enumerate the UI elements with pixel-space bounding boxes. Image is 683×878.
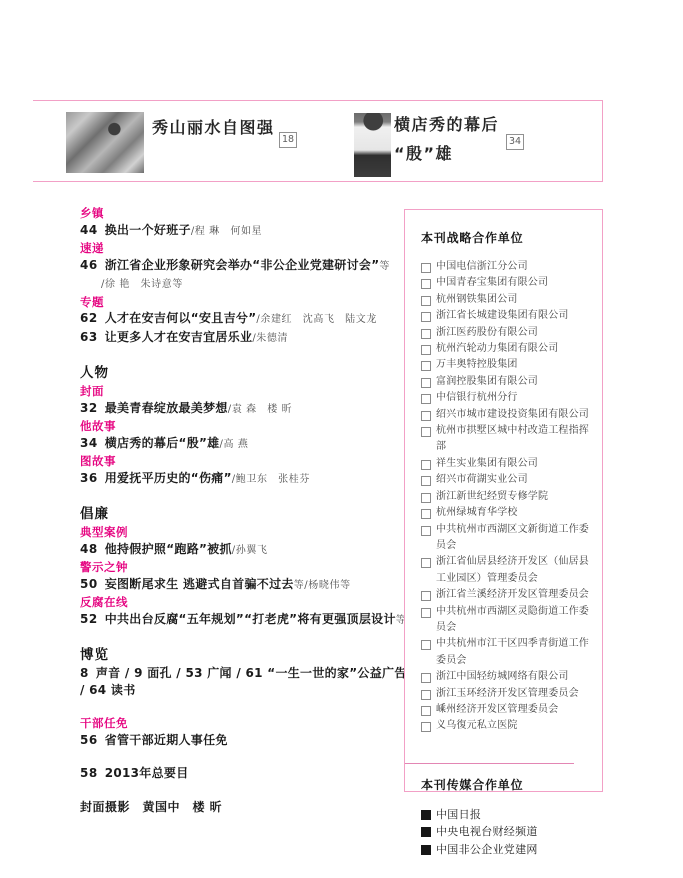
table-of-contents: 乡镇44换出一个好班子/程 琳 何如星速递46浙江省企业形象研究会举办“非公企业… [80, 205, 432, 815]
toc-subsection-heading: 乡镇 [80, 205, 432, 222]
checkbox-icon [421, 673, 431, 683]
partner-name: 浙江省长城建设集团有限公司 [436, 308, 569, 324]
toc-entry: 44换出一个好班子/程 琳 何如星 [80, 222, 432, 241]
partner-name: 浙江玉环经济开发区管理委员会 [436, 686, 579, 702]
entry-author: /袁 森 楼 昕 [228, 404, 293, 415]
magazine-contents-page: 秀山丽水自图强 18 横店秀的幕后 “殷”雄 34 乡镇44换出一个好班子/程 … [0, 0, 683, 878]
partner-name: 中共杭州市江干区四季青街道工作委员会 [436, 636, 594, 669]
partner-name: 中国青春宝集团有限公司 [436, 275, 548, 291]
list-item: 浙江省兰溪经济开发区管理委员会 [421, 587, 594, 603]
toc-subsection-heading: 封面 [80, 383, 432, 400]
list-item: 中共杭州市西湖区文新街道工作委员会 [421, 522, 594, 555]
checkbox-icon [421, 263, 431, 273]
entry-author: /徐 艳 朱诗意等 [101, 279, 183, 290]
partner-name: 中信银行杭州分行 [436, 390, 518, 406]
list-item: 杭州汽轮动力集团有限公司 [421, 341, 594, 357]
entry-title: 省管干部近期人事任免 [105, 733, 228, 747]
checkbox-icon [421, 427, 431, 437]
checkbox-icon [421, 460, 431, 470]
list-item: 杭州绿城育华学校 [421, 505, 594, 521]
entry-suffix: 等 [379, 261, 390, 272]
toc-subsection-heading: 典型案例 [80, 524, 432, 541]
entry-number: 63 [80, 330, 98, 344]
toc-subsection-heading: 专题 [80, 294, 432, 311]
toc-entry: 582013年总要目 [80, 765, 432, 782]
toc-section-heading: 人物 [80, 364, 432, 383]
partner-name: 中国日报 [436, 806, 481, 824]
entry-title: 横店秀的幕后“殷”雄 [105, 436, 220, 450]
toc-entry: 46浙江省企业形象研究会举办“非公企业党建研讨会”等 [80, 257, 432, 276]
list-item: 杭州钢铁集团公司 [421, 292, 594, 308]
partner-name: 杭州市拱墅区城中村改造工程指挥部 [436, 423, 594, 456]
feature-photo-2 [354, 113, 391, 177]
partner-name: 中共杭州市西湖区灵隐街道工作委员会 [436, 604, 594, 637]
entry-author: /程 琳 何如星 [191, 226, 262, 237]
entry-number: 34 [80, 436, 98, 450]
entry-title: 让更多人才在安吉宜居乐业 [105, 330, 253, 344]
toc-subsection-heading: 速递 [80, 240, 432, 257]
toc-section-heading: 博览 [80, 646, 432, 665]
strategic-partners-title: 本刊战略合作单位 [421, 229, 594, 246]
toc-subsection-heading: 图故事 [80, 453, 432, 470]
checkbox-icon [421, 279, 431, 289]
toc-entry: 63让更多人才在安吉宜居乐业/朱德清 [80, 329, 432, 348]
toc-entry: 50妄图断尾求生 逃避式自首骗不过去等/杨晓伟等 [80, 576, 432, 595]
entry-number: 36 [80, 471, 98, 485]
entry-title: 人才在安吉何以“安且吉兮” [105, 311, 257, 325]
entry-author: /杨晓伟等 [304, 580, 350, 591]
list-item: 万丰奥特控股集团 [421, 357, 594, 373]
feature-page-number-1: 18 [279, 132, 297, 148]
toc-entry: 62人才在安吉何以“安且吉兮”/余建红 沈高飞 陆文龙 [80, 310, 432, 329]
entry-number: 62 [80, 311, 98, 325]
list-item: 浙江省仙居县经济开发区（仙居县工业园区）管理委员会 [421, 554, 594, 587]
checkbox-icon [421, 509, 431, 519]
list-item: 义乌復元私立医院 [421, 718, 594, 734]
entry-title: 声音 / 9 面孔 / 53 广闻 / 61 “一生一世的家”公益广告 [96, 666, 407, 680]
entry-title: 妄图断尾求生 逃避式自首骗不过去 [105, 577, 294, 591]
checkbox-icon [421, 526, 431, 536]
filled-square-icon [421, 810, 431, 820]
list-item: 浙江省长城建设集团有限公司 [421, 308, 594, 324]
list-item: 中国电信浙江分公司 [421, 259, 594, 275]
checkbox-icon [421, 394, 431, 404]
toc-subsection-heading: 干部任免 [80, 715, 432, 732]
partner-name: 浙江医药股份有限公司 [436, 325, 538, 341]
list-item: 浙江中国轻纺城网络有限公司 [421, 669, 594, 685]
list-item: 浙江玉环经济开发区管理委员会 [421, 686, 594, 702]
toc-entry: 48他持假护照“跑路”被抓/孙翼飞 [80, 541, 432, 560]
partner-name: 绍兴市荷湖实业公司 [436, 472, 528, 488]
checkbox-icon [421, 476, 431, 486]
list-item: 中共杭州市江干区四季青街道工作委员会 [421, 636, 594, 669]
partner-name: 富润控股集团有限公司 [436, 374, 538, 390]
partner-name: 浙江省兰溪经济开发区管理委员会 [436, 587, 589, 603]
feature-strip: 秀山丽水自图强 18 横店秀的幕后 “殷”雄 34 [33, 100, 603, 182]
entry-title: 他持假护照“跑路”被抓 [105, 542, 232, 556]
list-item: 富润控股集团有限公司 [421, 374, 594, 390]
feature-title-2-line2: “殷”雄 [394, 141, 453, 164]
filled-square-icon [421, 845, 431, 855]
entry-number: 50 [80, 577, 98, 591]
toc-subsection-heading: 反腐在线 [80, 594, 432, 611]
list-item: 绍兴市城市建设投资集团有限公司 [421, 407, 594, 423]
checkbox-icon [421, 411, 431, 421]
partner-name: 绍兴市城市建设投资集团有限公司 [436, 407, 589, 423]
filled-square-icon [421, 827, 431, 837]
entry-title: 2013年总要目 [105, 766, 189, 780]
checkbox-icon [421, 722, 431, 732]
entry-number: 8 [80, 666, 89, 680]
entry-title: 最美青春绽放最美梦想 [105, 401, 228, 415]
checkbox-icon [421, 296, 431, 306]
entry-number: 32 [80, 401, 98, 415]
checkbox-icon [421, 558, 431, 568]
checkbox-icon [421, 706, 431, 716]
entry-title: 中共出台反腐“五年规划”“打老虎”将有更强顶层设计 [105, 612, 396, 626]
checkbox-icon [421, 329, 431, 339]
partner-name: 中共杭州市西湖区文新街道工作委员会 [436, 522, 594, 555]
partner-name: 浙江省仙居县经济开发区（仙居县工业园区）管理委员会 [436, 554, 594, 587]
partner-name: 万丰奥特控股集团 [436, 357, 518, 373]
toc-entry: 52中共出台反腐“五年规划”“打老虎”将有更强顶层设计等 [80, 611, 432, 630]
entry-number: 56 [80, 733, 98, 747]
list-item: 中共杭州市西湖区灵隐街道工作委员会 [421, 604, 594, 637]
entry-number: 44 [80, 223, 98, 237]
entry-suffix: 等 [294, 580, 305, 591]
list-item: 中国非公企业党建网 [421, 841, 594, 859]
partner-name: 中国非公企业党建网 [436, 841, 538, 859]
entry-author: /鲍卫东 张桂芬 [232, 474, 310, 485]
partner-name: 浙江新世纪经贸专修学院 [436, 489, 548, 505]
partner-name: 杭州绿城育华学校 [436, 505, 518, 521]
checkbox-icon [421, 312, 431, 322]
feature-photo-1 [66, 112, 144, 173]
feature-page-number-2: 34 [506, 134, 524, 150]
partner-name: 杭州汽轮动力集团有限公司 [436, 341, 558, 357]
credit-line: 封面摄影 黄国中 楼 昕 [80, 799, 432, 816]
toc-entry: 34横店秀的幕后“殷”雄/高 燕 [80, 435, 432, 454]
feature-title-2-line1: 横店秀的幕后 [394, 112, 499, 135]
entry-author: /高 燕 [219, 439, 248, 450]
checkbox-icon [421, 378, 431, 388]
list-item: 嵊州经济开发区管理委员会 [421, 702, 594, 718]
partners-box: 本刊战略合作单位 中国电信浙江分公司中国青春宝集团有限公司杭州钢铁集团公司浙江省… [404, 209, 603, 792]
checkbox-icon [421, 361, 431, 371]
entry-author: /余建红 沈高飞 陆文龙 [256, 314, 377, 325]
toc-subsection-heading: 警示之钟 [80, 559, 432, 576]
checkbox-icon [421, 493, 431, 503]
list-item: 浙江医药股份有限公司 [421, 325, 594, 341]
entry-author: /朱德清 [252, 333, 288, 344]
toc-subsection-heading: 他故事 [80, 418, 432, 435]
checkbox-icon [421, 345, 431, 355]
list-item: 中信银行杭州分行 [421, 390, 594, 406]
list-item: 祥生实业集团有限公司 [421, 456, 594, 472]
list-item: 中国日报 [421, 806, 594, 824]
partner-name: 中央电视台财经频道 [436, 823, 538, 841]
list-item: 绍兴市荷湖实业公司 [421, 472, 594, 488]
list-item: 杭州市拱墅区城中村改造工程指挥部 [421, 423, 594, 456]
list-item: 中国青春宝集团有限公司 [421, 275, 594, 291]
checkbox-icon [421, 640, 431, 650]
toc-entry: 36用爱抚平历史的“伤痛”/鲍卫东 张桂芬 [80, 470, 432, 489]
list-item: 浙江新世纪经贸专修学院 [421, 489, 594, 505]
entry-author: /孙翼飞 [232, 545, 268, 556]
partner-name: 义乌復元私立医院 [436, 718, 518, 734]
entry-title: 浙江省企业形象研究会举办“非公企业党建研讨会” [105, 258, 380, 272]
media-partners-list: 中国日报中央电视台财经频道中国非公企业党建网 [421, 806, 594, 859]
entry-number: 48 [80, 542, 98, 556]
partners-divider [405, 763, 574, 764]
toc-section-heading: 倡廉 [80, 505, 432, 524]
media-partners-title: 本刊传媒合作单位 [421, 776, 594, 793]
partner-name: 祥生实业集团有限公司 [436, 456, 538, 472]
entry-title: 用爱抚平历史的“伤痛” [105, 471, 232, 485]
toc-entry: 56省管干部近期人事任免 [80, 732, 432, 749]
entry-number: 46 [80, 258, 98, 272]
toc-entry: 8声音 / 9 面孔 / 53 广闻 / 61 “一生一世的家”公益广告 [80, 665, 432, 682]
checkbox-icon [421, 608, 431, 618]
partner-name: 嵊州经济开发区管理委员会 [436, 702, 558, 718]
entry-title: 换出一个好班子 [105, 223, 191, 237]
checkbox-icon [421, 591, 431, 601]
toc-entry-continuation: /徐 艳 朱诗意等 [80, 275, 432, 294]
toc-entry-continuation: / 64 读书 [80, 682, 432, 699]
partner-name: 中国电信浙江分公司 [436, 259, 528, 275]
checkbox-icon [421, 690, 431, 700]
strategic-partners-list: 中国电信浙江分公司中国青春宝集团有限公司杭州钢铁集团公司浙江省长城建设集团有限公… [421, 259, 594, 735]
partner-name: 杭州钢铁集团公司 [436, 292, 518, 308]
toc-entry: 32最美青春绽放最美梦想/袁 森 楼 昕 [80, 400, 432, 419]
feature-title-1: 秀山丽水自图强 [152, 115, 275, 138]
list-item: 中央电视台财经频道 [421, 823, 594, 841]
partner-name: 浙江中国轻纺城网络有限公司 [436, 669, 569, 685]
entry-number: 52 [80, 612, 98, 626]
entry-number: 58 [80, 766, 98, 780]
